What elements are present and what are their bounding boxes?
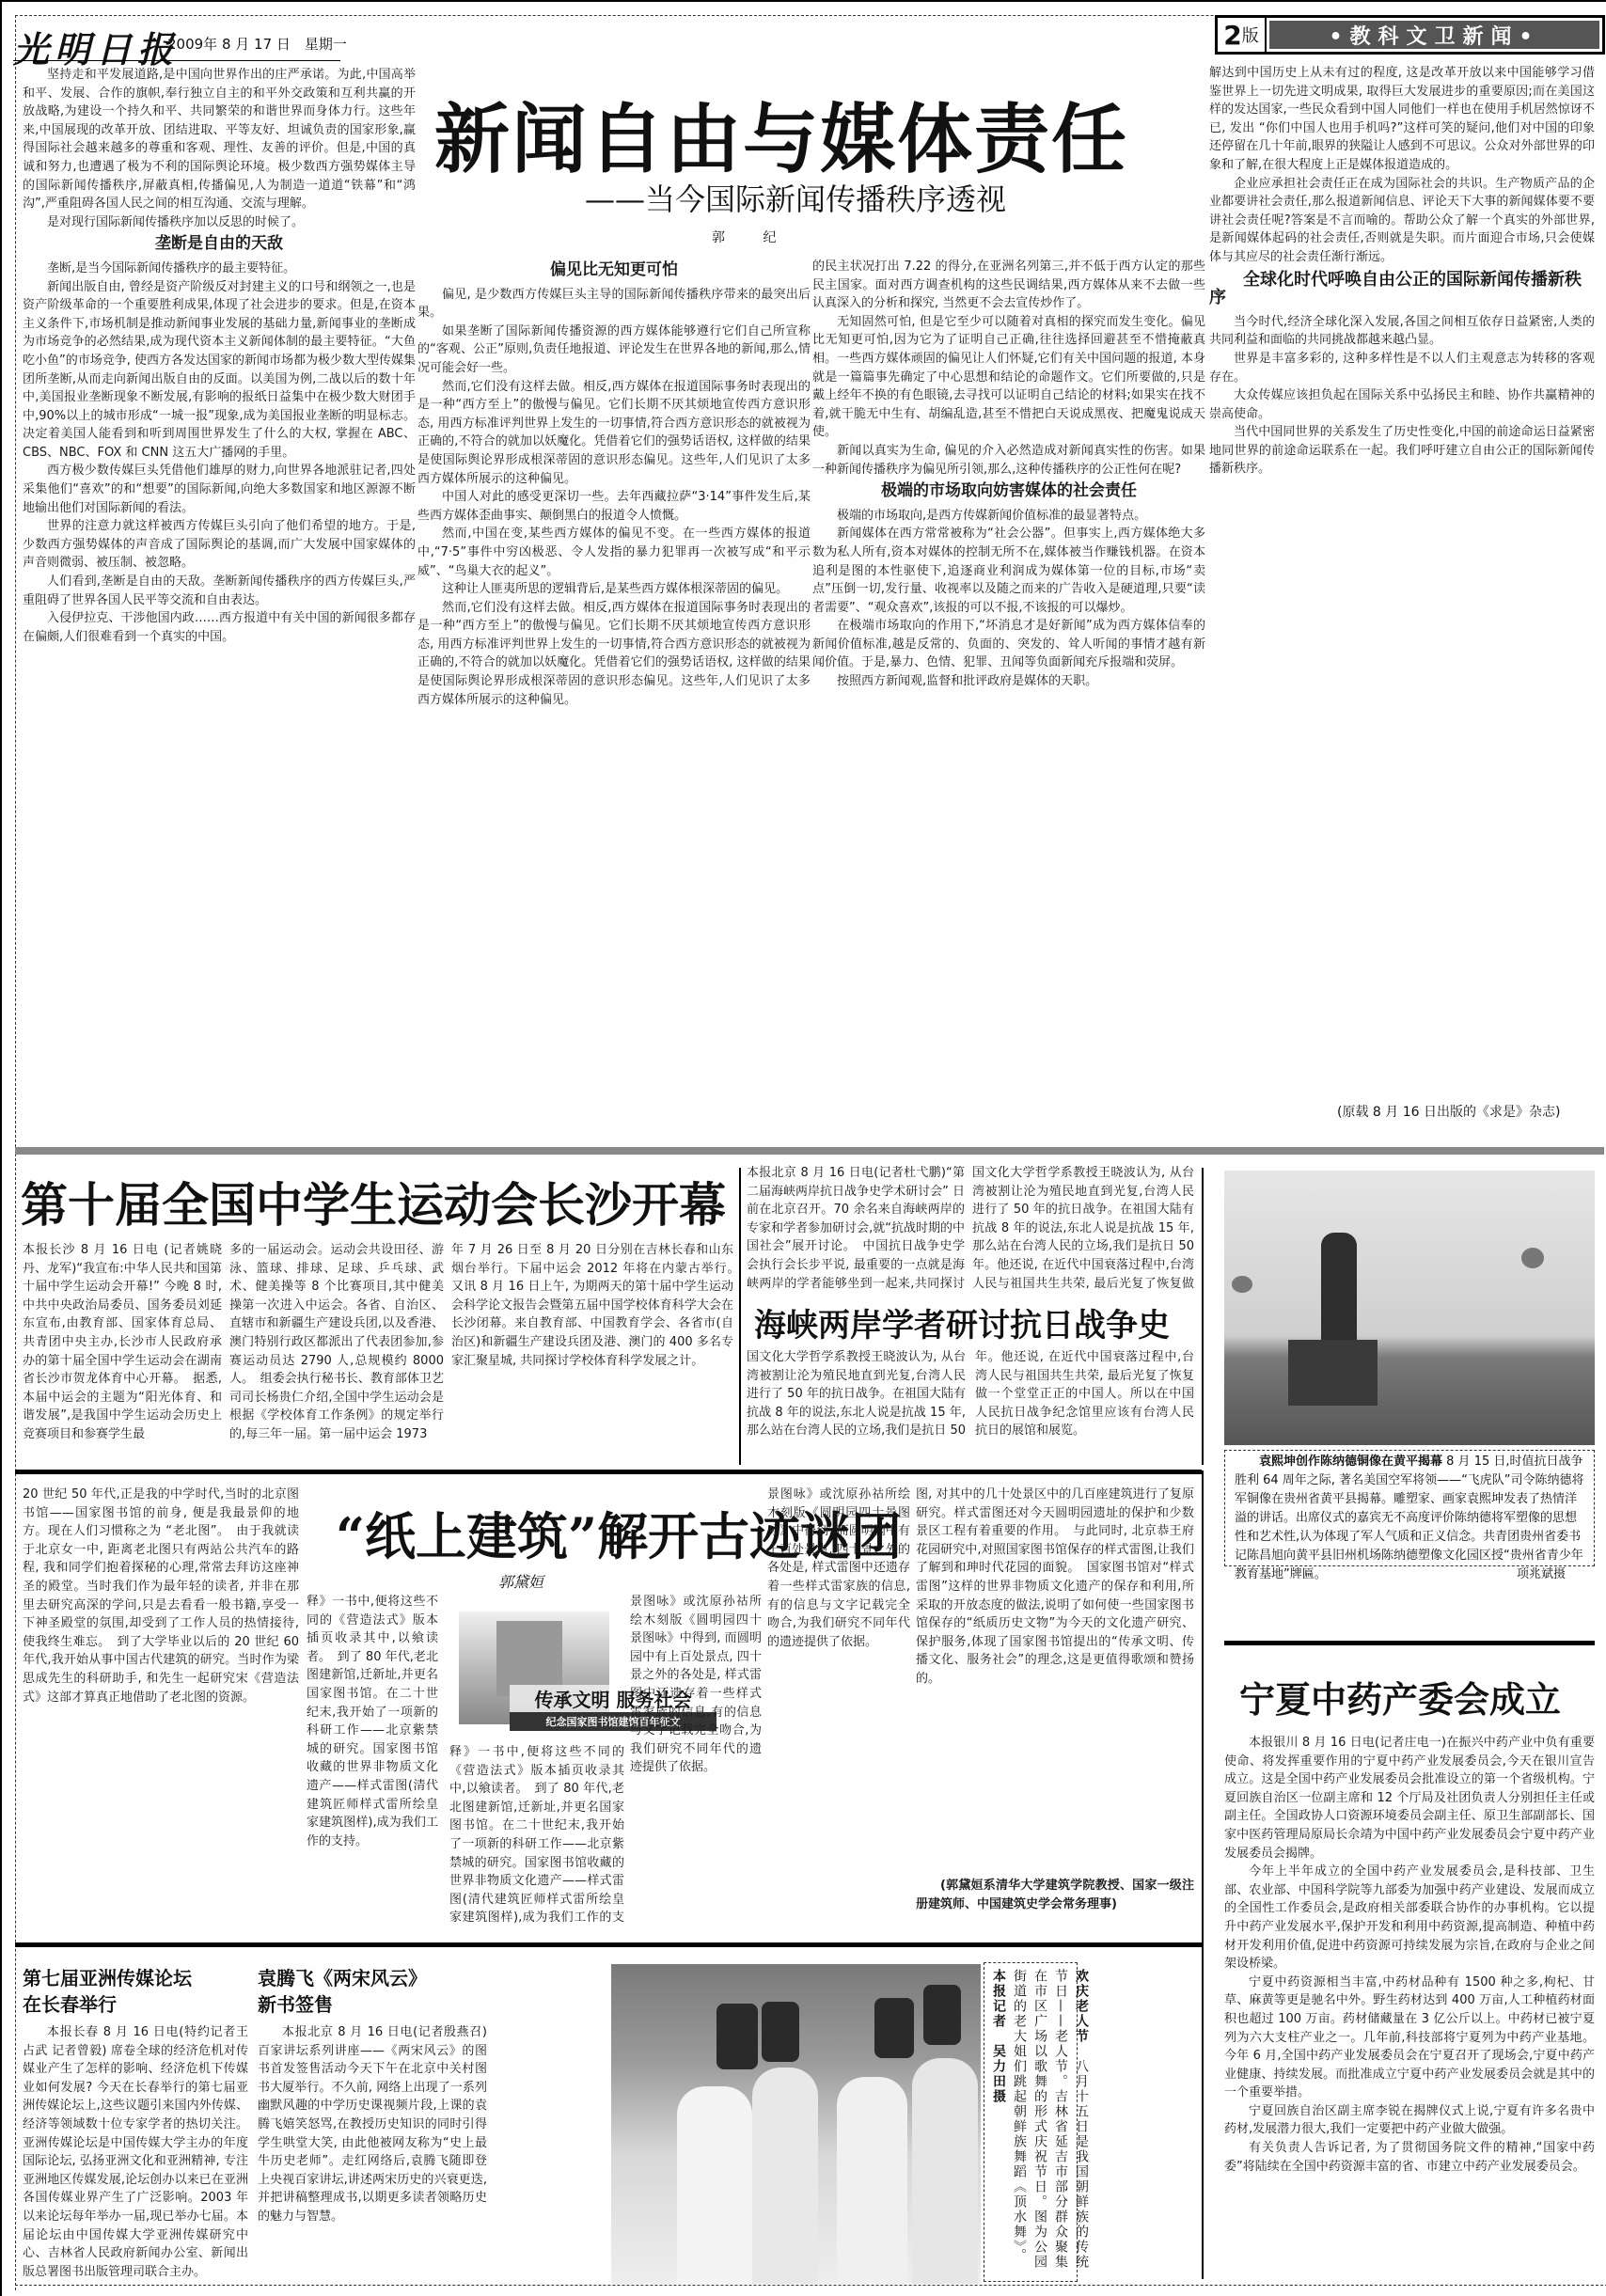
statue-figure [1321, 1233, 1357, 1345]
library-column-2b: 释》一书中,便将这些不同的《营造法式》版本插页收录其中,以飨读者。 到了 80 … [449, 1743, 624, 1926]
section-label: •教科文卫新闻• [1269, 21, 1599, 49]
library-author-note: (郭黛姮系清华大学建筑学院教授、国家一级注册建筑师、中国建筑史学会常务理事) [916, 1877, 1194, 1918]
ningxia-headline: 宁夏中药产委会成立 [1239, 1671, 1561, 1722]
dancer [677, 2086, 752, 2284]
edition-number: 2版 [1218, 18, 1267, 52]
section-subhead: 极端的市场取向妨害媒体的社会责任 [812, 482, 1205, 501]
dance-caption: 欢庆老人节 八月十五日是我国朝鲜族的传统节日——老人节。吉林省延吉市部分群众聚集… [984, 1962, 1078, 2282]
ningxia-body: 本报银川 8 月 16 日电(记者庄电一)在振兴中药产业中负有重要使命、将发挥重… [1224, 1734, 1595, 2277]
water-jar [874, 1998, 914, 2058]
section-subhead: 垄断是自由的天敌 [23, 235, 416, 254]
water-jar [923, 1985, 961, 2045]
lead-column-2: 偏见比无知更可怕 偏见, 是少数西方传媒巨头主导的国际新闻传播秩序带来的最突出后… [417, 258, 811, 1109]
media-forum-body: 本报长春 8 月 16 日电(特约记者王占武 记者曾毅) 席卷全球的经济危机对传… [23, 2023, 248, 2292]
section-divider [15, 1470, 1202, 1474]
statue-photo [1224, 1171, 1595, 1445]
lead-byline: 郭 纪 [712, 228, 793, 246]
intro-paragraph: 坚持走和平发展道路,是中国向世界作出的庄严承诺。为此,中国高举和平、发展、合作的… [23, 66, 416, 213]
newspaper-logo: 光明日报 [13, 21, 179, 72]
issue-date: 2009年 8 月 17 日 星期一 [167, 34, 347, 54]
statue-pedestal [1288, 1340, 1378, 1406]
section-subhead: 全球化时代呼唤自由公正的国际新闻传播新秩序 [1209, 271, 1595, 307]
column-rule [739, 1168, 741, 1465]
lead-headline: 新闻自由与媒体责任 [434, 79, 1128, 187]
column-rule [1202, 1168, 1204, 1465]
balloon [1232, 1276, 1252, 1293]
statue-caption: 袁熙坤创作陈纳德铜像在黄平揭幕 8 月 15 日,时值抗日战争胜利 64 周年之… [1224, 1450, 1595, 1566]
masthead-rule [13, 60, 340, 61]
media-forum-headline: 第七届亚洲传媒论坛 在长春举行 [23, 1965, 192, 2018]
library-column-1: 20 世纪 50 年代,正是我的中学时代,当时的北京图书馆——国家图书馆的前身,… [23, 1486, 299, 1926]
intro-paragraph: 是对现行国际新闻传播秩序加以反思的时候了。 [23, 213, 416, 232]
newspaper-page: 光明日报 2009年 8 月 17 日 星期一 2版 •教科文卫新闻• 新闻自由… [0, 0, 1606, 2296]
library-column-2: 释》一书中,便将这些不同的《营造法式》版本插页收录其中,以飨读者。 到了 80 … [307, 1593, 438, 1926]
page-bottom-rule [15, 2285, 1606, 2286]
library-column-3: 景图咏》或沈原孙祜所绘木刻版《圆明园四十景图咏》中得到, 而圆明园中有上百处景点… [630, 1593, 762, 1926]
cross-strait-continued: 国文化大学哲学系教授王晓波认为, 从台湾被割让沦为殖民地直到光复,台湾人民进行了… [747, 1348, 1194, 1465]
dancer [752, 2068, 818, 2284]
sports-column-1: 本报长沙 8 月 16 日电 (记者姚晓丹、龙军)“我宣布:中华人民共和国第十届… [23, 1241, 222, 1472]
lead-column-1: 坚持走和平发展道路,是中国向世界作出的庄严承诺。为此,中国高举和平、发展、合作的… [23, 66, 416, 1109]
dancer [912, 2058, 978, 2284]
library-column-4: 图, 对其中的几十处景区中的几百座建筑进行了复原研究。样式雷图还对今天圆明园遗址… [916, 1486, 1194, 1818]
book-body: 本报北京 8 月 16 日电(记者殷燕召)百家讲坛系列讲座——《两宋风云》的图书… [258, 2023, 487, 2292]
dancer [837, 2077, 907, 2284]
dance-photo [611, 1964, 981, 2284]
water-jar [762, 2002, 799, 2062]
library-byline: 郭黛姮 [498, 1570, 543, 1592]
sports-column-3: 年 7 月 26 日至 8 月 20 日分别在吉林长春和山东烟台举行。下届中运会… [451, 1241, 733, 1472]
library-column-3b: 景图咏》或沈原孙祜所绘木刻版《圆明园四十景图咏》中得到, 而圆明园中有上百处景点… [767, 1486, 910, 1818]
lead-subheadline: ——当今国际新闻传播秩序透视 [585, 176, 1006, 219]
column-rule [1202, 1470, 1204, 2279]
lead-column-3: 的民主状况打出 7.22 的得分,在亚洲名列第三,并不低于西方认定的那些民主国家… [812, 258, 1205, 1109]
balloon [1521, 1248, 1544, 1268]
section-subhead: 偏见比无知更可怕 [417, 261, 811, 280]
cross-strait-headline: 海峡两岸学者研讨抗日战争史 [754, 1299, 1170, 1345]
cross-strait-column-1: 本报北京 8 月 16 日电(记者杜弋鹏)“第二届海峡两岸抗日战争史学术研讨会”… [747, 1164, 965, 1292]
section-divider [15, 1147, 1604, 1155]
water-jar [716, 2004, 758, 2069]
book-headline: 袁腾飞《两宋风云》 新书签售 [258, 1965, 427, 2018]
sports-column-2: 多的一届运动会。运动会共设田径、游泳、篮球、排球、足球、乒乓球、武术、健美操等 … [229, 1241, 444, 1472]
section-divider [15, 1942, 1202, 1947]
sports-headline: 第十届全国中学生运动会长沙开幕 [21, 1168, 726, 1235]
lead-column-4: 解达到中国历史上从未有过的程度, 这是改革开放以来中国能够学习借鉴世界上一切先进… [1209, 64, 1595, 1079]
cross-strait-column-2: 国文化大学哲学系教授王晓波认为, 从台湾被割让沦为殖民地直到光复,台湾人民进行了… [972, 1164, 1194, 1292]
edition-badge: 2版 •教科文卫新闻• [1215, 15, 1605, 55]
article-source: (原载 8 月 16 日出版的《求是》杂志) [1337, 1102, 1560, 1121]
section-divider [1224, 1641, 1595, 1645]
